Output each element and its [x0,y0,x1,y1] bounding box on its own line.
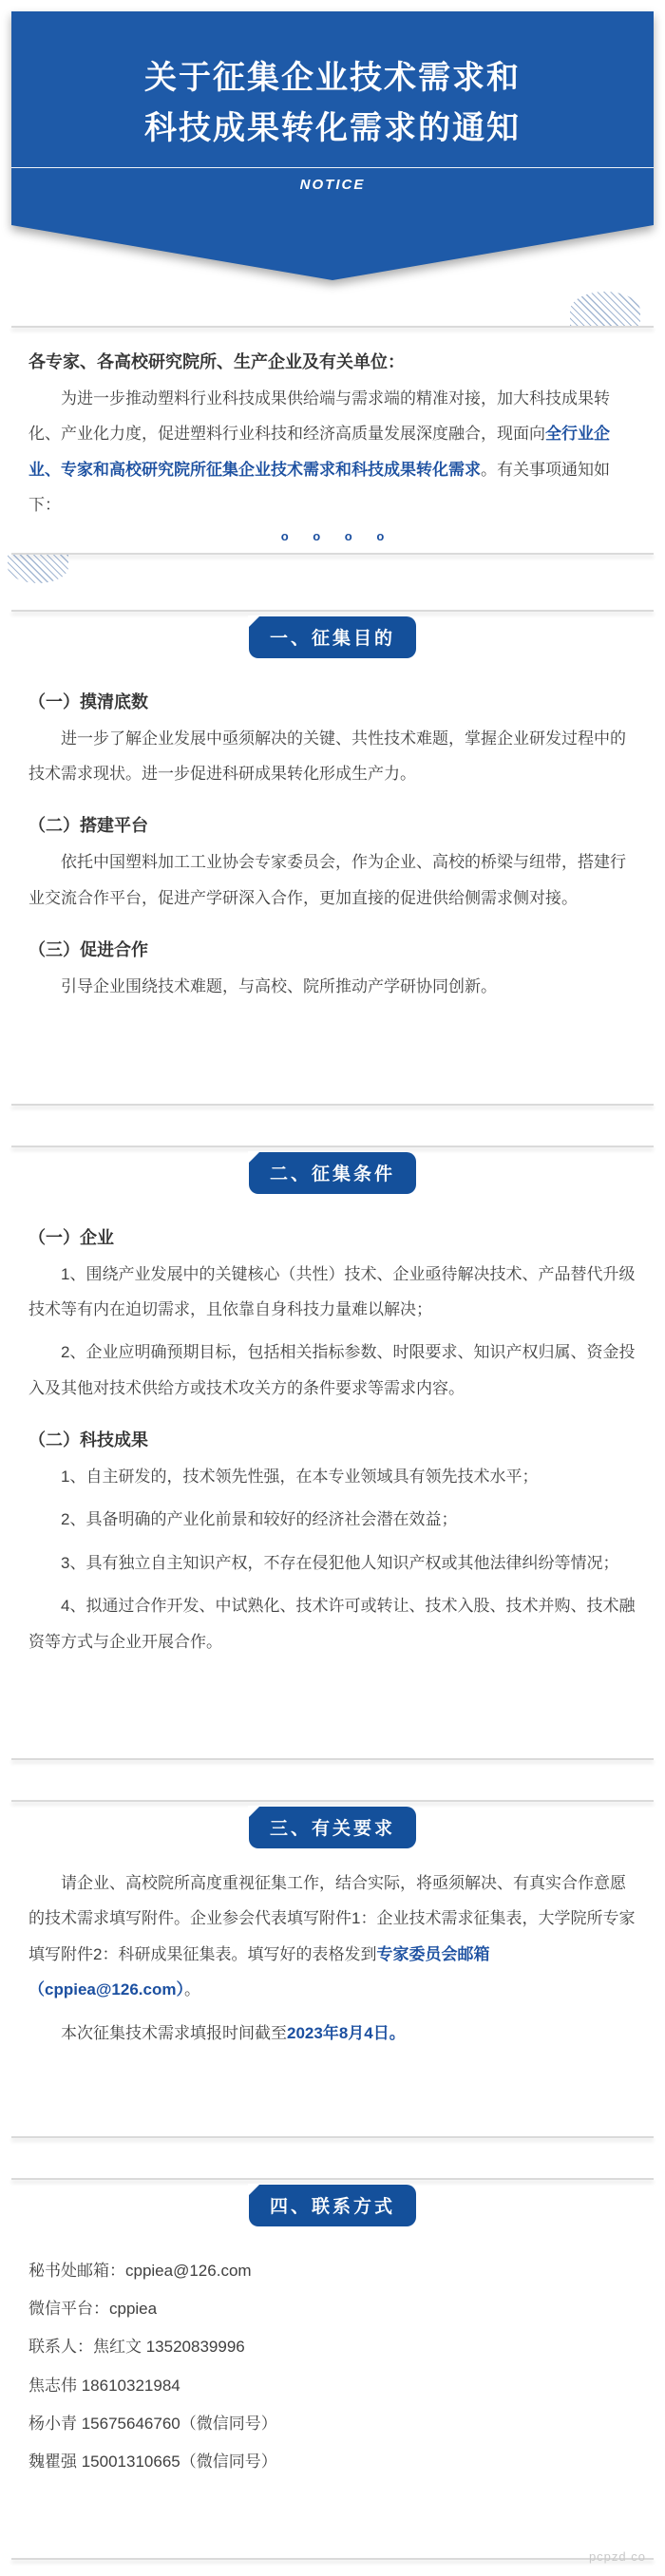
page-title-line1: 关于征集企业技术需求和 [11,53,654,104]
contact-person: 杨小青 15675646760（微信同号） [28,2411,636,2436]
subheading: （二）科技成果 [28,1427,636,1451]
separator-line [11,2136,654,2138]
section-conditions: 二、征集条件 （一）企业 1、围绕产业发展中的关键核心（共性）技术、企业亟待解决… [0,1146,665,1761]
paragraph: 1、围绕产业发展中的关键核心（共性）技术、企业亟待解决技术、产品替代升级技术等有… [28,1257,636,1328]
hatched-semicircle-icon [8,555,68,583]
banner-divider [11,167,654,168]
paragraph: 3、具有独立自主知识产权，不存在侵犯他人知识产权或其他法律纠纷等情况； [28,1545,636,1581]
paragraph: 2、具备明确的产业化前景和较好的经济社会潜在效益； [28,1502,636,1537]
text: 本次征集技术需求填报时间截至 [61,2024,287,2042]
text: 。 [184,1980,200,1998]
section-content: 秘书处邮箱：cppiea@126.com 微信平台：cppiea 联系人：焦红文… [0,2226,665,2558]
separator-line [11,1104,654,1106]
separator-line [11,2558,654,2560]
section-content: 请企业、高校院所高度重视征集工作，结合实际，将亟须解决、有真实合作意愿的技术需求… [0,1848,665,2136]
section-bottom-rule [11,2136,654,2138]
section-contact: 四、联系方式 秘书处邮箱：cppiea@126.com 微信平台：cppiea … [0,2178,665,2560]
separator-line [11,1758,654,1760]
section-bottom-rule [11,1758,654,1760]
paragraph: 2、企业应明确预期目标，包括相关指标参数、时限要求、知识产权归属、资金投入及其他… [28,1335,636,1406]
intro-top-rule [11,326,654,328]
intro-paragraph: 为进一步推动塑料行业科技成果供给端与需求端的精准对接，加大科技成果转化、产业化力… [28,381,636,523]
section-badge: 一、征集目的 [249,616,416,658]
separator-line [11,610,654,612]
section-top-rule [11,2178,654,2180]
section-content: （一）企业 1、围绕产业发展中的关键核心（共性）技术、企业亟待解决技术、产品替代… [0,1194,665,1759]
section-badge-row: 四、联系方式 [0,2185,665,2226]
watermark-text: pcpzd co [589,2549,646,2564]
paragraph: 引导企业围绕技术难题，与高校、院所推动产学研协同创新。 [28,969,636,1004]
intro-text: 为进一步推动塑料行业科技成果供给端与需求端的精准对接，加大科技成果转化、产业化力… [28,389,610,443]
intro-content: 各专家、各高校研究院所、生产企业及有关单位： 为进一步推动塑料行业科技成果供给端… [0,349,665,543]
hatched-semicircle-icon [570,292,640,326]
subheading: （三）促进合作 [28,937,636,961]
paragraph: 本次征集技术需求填报时间截至2023年8月4日。 [28,2016,636,2051]
section-top-rule [11,1800,654,1802]
page-title-line2: 科技成果转化需求的通知 [11,104,654,154]
page-bottom-rule: pcpzd co [11,2558,654,2560]
section-badge-row: 二、征集条件 [0,1152,665,1194]
text: 请企业、高校院所高度重视征集工作，结合实际，将亟须解决、有真实合作意愿的技术需求… [28,1874,635,1963]
section-badge-row: 三、有关要求 [0,1807,665,1848]
banner-subtitle: NOTICE [11,177,654,193]
intro-bottom-rule [11,553,654,555]
paragraph: 4、拟通过合作开发、中试熟化、技术许可或转让、技术入股、技术并购、技术融资等方式… [28,1588,636,1659]
paragraph: 请企业、高校院所高度重视征集工作，结合实际，将亟须解决、有真实合作意愿的技术需求… [28,1866,636,2008]
section-top-rule [11,610,654,612]
section-badge-row: 一、征集目的 [0,616,665,658]
section-bottom-rule [11,1104,654,1106]
separator-line [11,553,654,555]
section-badge: 三、有关要求 [249,1807,416,1848]
paragraph: 进一步了解企业发展中亟须解决的关键、共性技术难题，掌握企业研发过程中的技术需求现… [28,721,636,792]
separator-line [11,326,654,328]
subheading: （一）摸清底数 [28,689,636,713]
section-content: （一）摸清底数 进一步了解企业发展中亟须解决的关键、共性技术难题，掌握企业研发过… [0,658,665,1104]
decorative-dots: o o o o [28,529,636,543]
subheading: （一）企业 [28,1224,636,1249]
banner: 关于征集企业技术需求和 科技成果转化需求的通知 NOTICE [11,11,654,280]
contact-person: 焦志伟 18610321984 [28,2373,636,2398]
separator-line [11,2178,654,2180]
page-title: 关于征集企业技术需求和 科技成果转化需求的通知 [11,11,654,154]
section-purpose: 一、征集目的 （一）摸清底数 进一步了解企业发展中亟须解决的关键、共性技术难题，… [0,610,665,1106]
contact-person: 联系人：焦红文 13520839996 [28,2334,636,2359]
banner-shape: 关于征集企业技术需求和 科技成果转化需求的通知 NOTICE [11,11,654,280]
paragraph: 依托中国塑料加工工业协会专家委员会，作为企业、高校的桥梁与纽带，搭建行业交流合作… [28,844,636,916]
separator-line [11,1146,654,1147]
section-badge: 四、联系方式 [249,2185,416,2226]
separator-line [11,1800,654,1802]
bottom-margin [0,2560,665,2576]
contact-email: 秘书处邮箱：cppiea@126.com [28,2258,636,2283]
section-badge: 二、征集条件 [249,1152,416,1194]
section-top-rule [11,1146,654,1147]
contact-wechat: 微信平台：cppiea [28,2296,636,2321]
greeting: 各专家、各高校研究院所、生产企业及有关单位： [28,349,636,373]
paragraph: 1、自主研发的，技术领先性强，在本专业领域具有领先技术水平； [28,1459,636,1494]
notice-page: 关于征集企业技术需求和 科技成果转化需求的通知 NOTICE 各专家、各高校研究… [0,0,665,2576]
subheading: （二）搭建平台 [28,812,636,837]
contact-person: 魏瞿强 15001310665（微信同号） [28,2449,636,2474]
section-requirements: 三、有关要求 请企业、高校院所高度重视征集工作，结合实际，将亟须解决、有真实合作… [0,1800,665,2138]
deadline-accent-text: 2023年8月4日。 [287,2024,406,2042]
